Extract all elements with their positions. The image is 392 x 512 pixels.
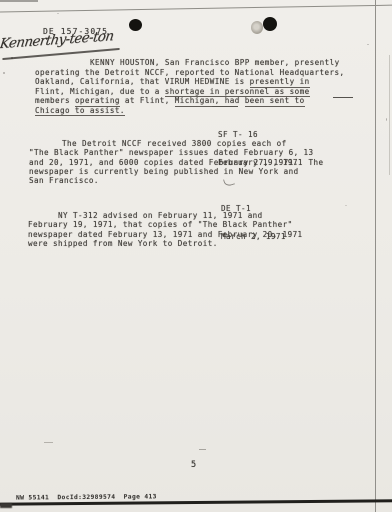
typed-line: were shipped from New York to Detroit. (28, 239, 373, 248)
typed-line: The Detroit NCCF received 3800 copies ea… (29, 139, 369, 148)
paragraph-1: KENNY HOUSTON, San Francisco BPP member,… (35, 58, 365, 116)
typed-line: San Francisco. (29, 176, 369, 185)
typed-line: operating the Detroit NCCF, reported to … (35, 68, 365, 78)
faint-mark (44, 442, 53, 443)
ink-speck (345, 205, 347, 206)
scan-artifact-top-line (0, 4, 392, 13)
typed-line: newspaper dated February 13, 1971 and Fe… (28, 230, 373, 239)
scan-artifact-top-edge (0, 0, 38, 2)
page-number: 5 (191, 460, 196, 470)
typed-text: KENNY HOUSTON, San Francisco BPP member,… (90, 58, 340, 67)
typed-line: February 19, 1971, that copies of "The B… (28, 220, 373, 229)
underlined-text: Chicago to assist. (35, 106, 125, 117)
typed-text: Oakland, California, that VIRUM HEDWINE … (35, 77, 250, 86)
typed-text: operating the Detroit NCCF, reported to … (35, 68, 345, 77)
typed-text: Flint, Michigan, due to a (35, 87, 165, 96)
typed-text: at Flint, (120, 96, 175, 105)
typed-text: members (35, 96, 75, 105)
typed-text: San Francisco. (29, 176, 99, 185)
typed-text: February 19, 1971, that copies of "The B… (28, 220, 293, 229)
ink-stamp-dot (263, 17, 277, 31)
typed-line: members operating at Flint, Michigan, ha… (35, 96, 365, 106)
footer-corner-mark (0, 503, 12, 508)
pencil-mark (333, 97, 353, 98)
ink-smudge (251, 21, 263, 34)
typed-line: Chicago to assist. (35, 106, 365, 116)
ink-speck (386, 118, 387, 121)
faint-mark (199, 449, 206, 450)
footer-archive-text: NW 55141 DocId:32989574 Page 413 (16, 493, 157, 501)
underlined-text: Michigan (175, 96, 215, 107)
typed-line: newspaper is currently being published i… (29, 167, 369, 176)
typed-line: and 20, 1971, and 6000 copies dated Febr… (29, 158, 369, 167)
typed-text: NY T-312 advised on February 11, 1971 an… (58, 211, 263, 220)
paragraph-3: NY T-312 advised on February 11, 1971 an… (28, 211, 373, 248)
typed-line: KENNY HOUSTON, San Francisco BPP member,… (35, 58, 365, 68)
typed-text: newspaper dated February 13, 1971 and Fe… (28, 230, 303, 239)
typed-line: Flint, Michigan, due to a shortage in pe… (35, 87, 365, 97)
ink-speck (3, 72, 5, 74)
paragraph-2: The Detroit NCCF received 3800 copies ea… (29, 139, 369, 185)
ink-speck (367, 44, 369, 45)
typed-line: NY T-312 advised on February 11, 1971 an… (28, 211, 373, 220)
typed-text: newspaper is currently being published i… (29, 167, 299, 176)
typed-line: "The Black Panther" newspaper issues dat… (29, 148, 369, 157)
typed-text: were shipped from New York to Detroit. (28, 239, 218, 248)
scan-artifact-right-line (375, 0, 376, 512)
typed-line: Oakland, California, that VIRUM HEDWINE … (35, 77, 365, 87)
typed-text: The Detroit NCCF received 3800 copies ea… (62, 139, 287, 148)
ink-speck (57, 13, 59, 14)
pencil-mark (212, 106, 238, 107)
typed-text: and 20, 1971, and 6000 copies dated Febr… (29, 158, 324, 167)
scanned-document-page: DE 157-3075 Kennerthy-tee-ton KENNY HOUS… (0, 0, 392, 512)
typed-text: , had (215, 96, 245, 105)
typed-text: "The Black Panther" newspaper issues dat… (29, 148, 314, 157)
scan-artifact-right-crease (389, 55, 390, 175)
underlined-text: been sent to (245, 96, 305, 107)
